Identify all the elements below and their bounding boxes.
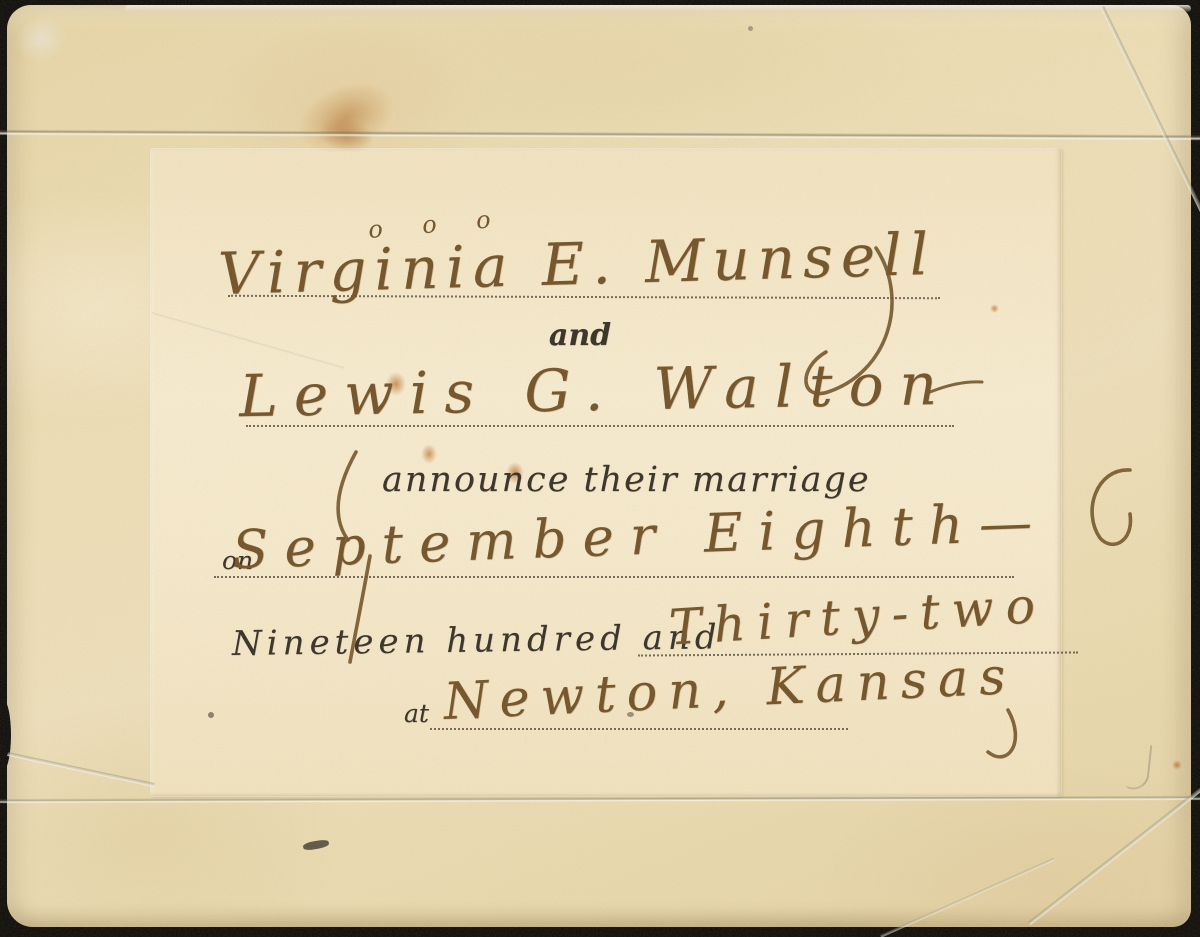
printed-announcement-line: announce their marriage [382,460,848,500]
card-top-edge-highlight [125,5,1191,12]
printed-year-prefix: Nineteen hundred and [232,618,669,664]
corner-wear-top-left [8,6,76,71]
groom-name-handwritten: Lewis G. Walton [227,350,964,431]
printed-conjunction: and [520,318,640,353]
scanned-announcement-photo: o o o Virginia E. Munsell and Lewis G. W… [0,0,1200,937]
printed-at-label: at [404,699,429,728]
